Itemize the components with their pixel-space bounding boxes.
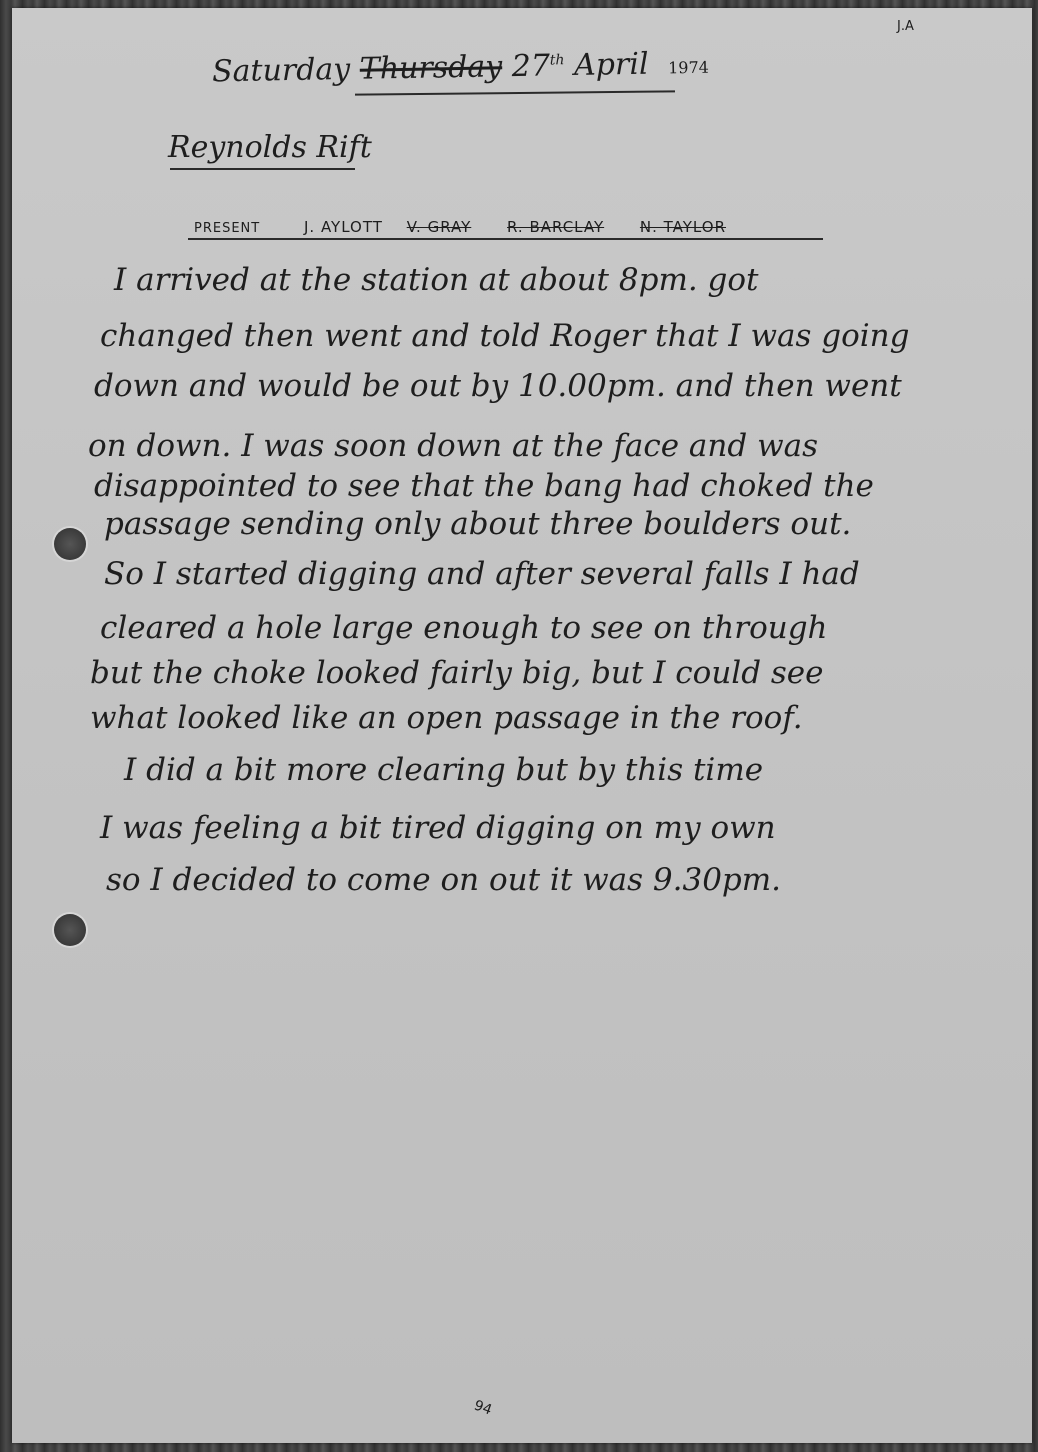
body-line: I was feeling a bit tired digging on my … bbox=[100, 810, 776, 846]
body-line: what looked like an open passage in the … bbox=[90, 700, 803, 736]
body-line: so I decided to come on out it was 9.30p… bbox=[106, 862, 781, 898]
body-line: down and would be out by 10.00pm. and th… bbox=[94, 368, 902, 404]
body-line: I arrived at the station at about 8pm. g… bbox=[114, 262, 759, 298]
date-day-number: 27 bbox=[511, 48, 550, 84]
body-line: I did a bit more clearing but by this ti… bbox=[124, 752, 763, 788]
body-line: changed then went and told Roger that I … bbox=[100, 318, 909, 354]
date-day: Saturday bbox=[212, 52, 351, 89]
date-month: April bbox=[574, 47, 649, 83]
body-line: passage sending only about three boulder… bbox=[104, 506, 851, 542]
date-struck-day: Thursday bbox=[359, 49, 502, 86]
author-initials: J.A bbox=[897, 19, 914, 34]
present-underline bbox=[188, 238, 823, 240]
present-attendee: J. AYLOTT bbox=[304, 218, 383, 236]
present-label: PRESENT bbox=[194, 221, 260, 236]
body-line: So I started digging and after several f… bbox=[104, 556, 860, 592]
date-suffix: th bbox=[550, 52, 565, 68]
punch-hole-top bbox=[54, 528, 86, 560]
date-year: 1974 bbox=[668, 58, 709, 78]
body-line: cleared a hole large enough to see on th… bbox=[100, 610, 828, 646]
body-line: on down. I was soon down at the face and… bbox=[88, 428, 818, 464]
site-title: Reynolds Rift bbox=[168, 130, 372, 165]
punch-hole-bottom bbox=[54, 914, 86, 946]
body-line: but the choke looked fairly big, but I c… bbox=[90, 655, 824, 691]
struck-attendee: V. GRAY bbox=[407, 218, 472, 236]
site-underline bbox=[170, 168, 355, 170]
struck-attendee: N. TAYLOR bbox=[640, 218, 726, 236]
present-row: PRESENT J. AYLOTT V. GRAY R. BARCLAY N. … bbox=[194, 218, 756, 236]
body-line: disappointed to see that the bang had ch… bbox=[94, 468, 874, 504]
struck-attendee: R. BARCLAY bbox=[507, 218, 604, 236]
